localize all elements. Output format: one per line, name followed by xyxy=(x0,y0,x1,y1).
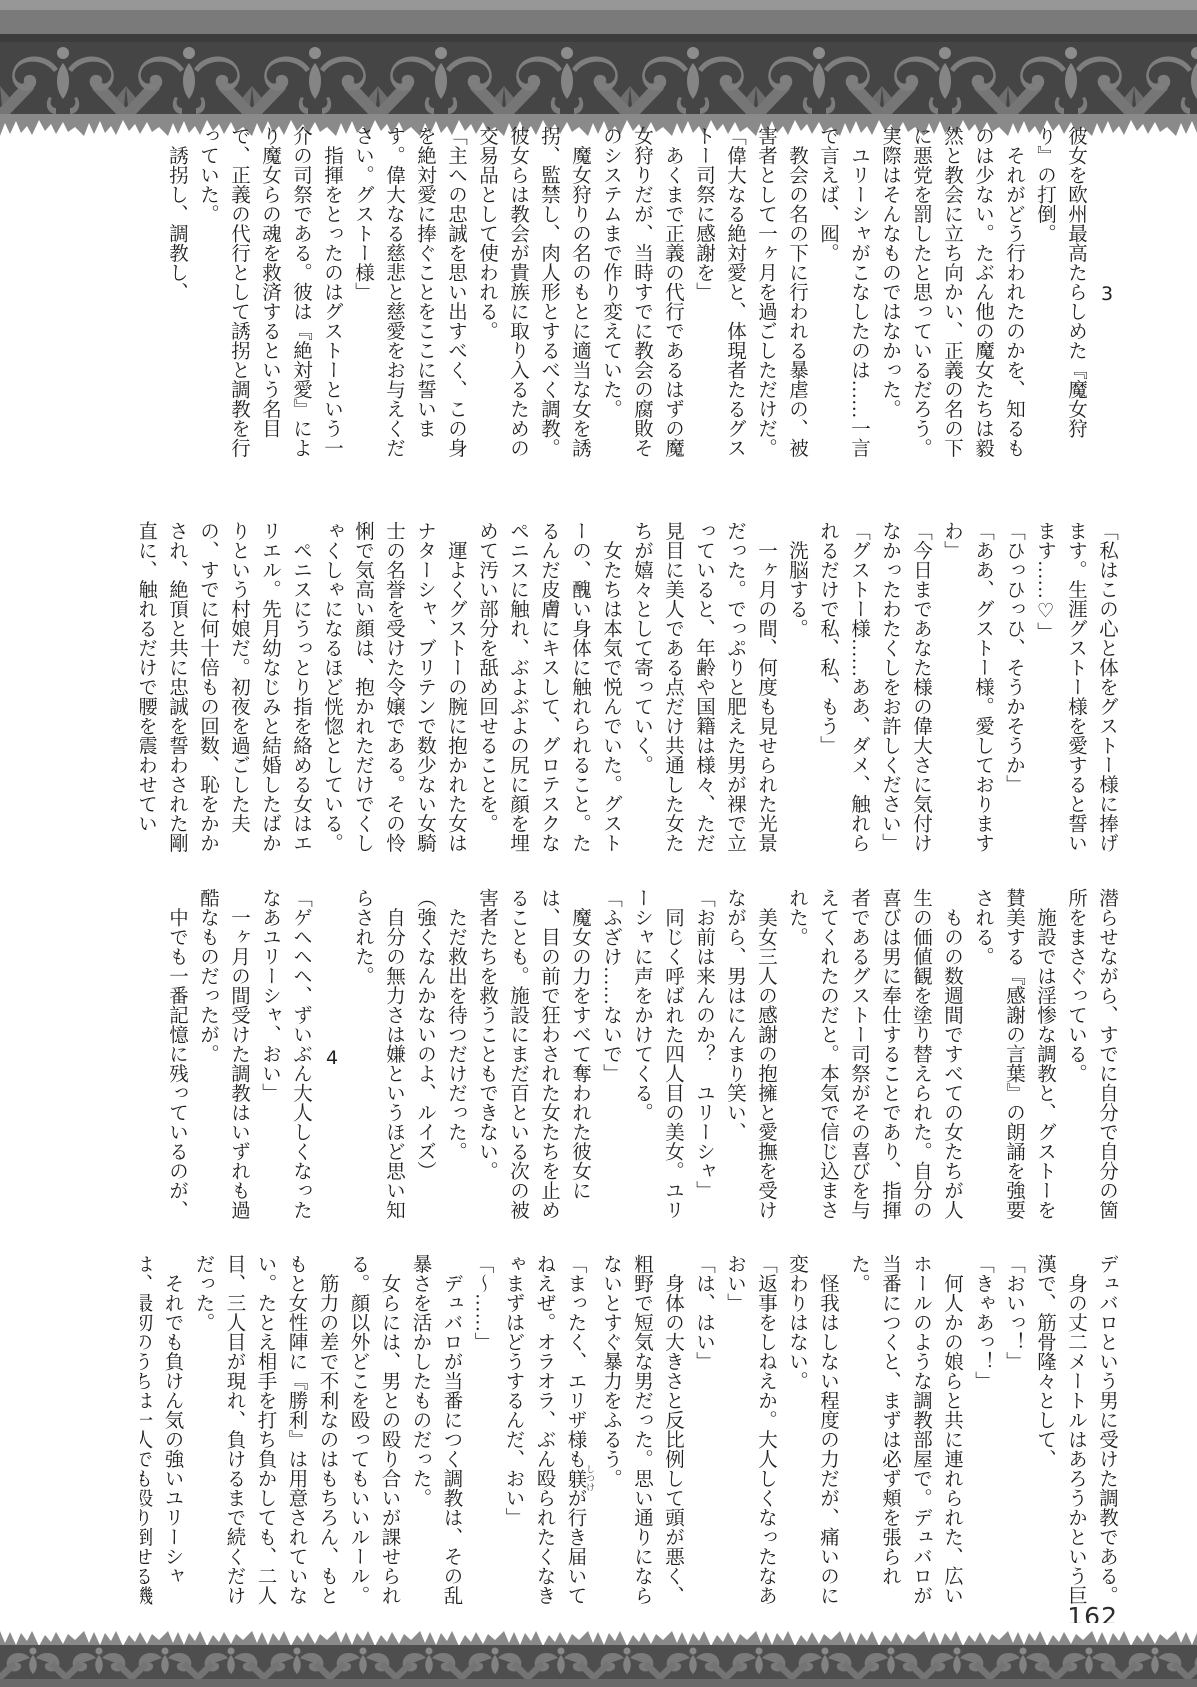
paragraph: 「ふざけ……ないで」 xyxy=(595,888,626,1228)
paragraph: 魔女狩りの名のもとに適当な女を誘拐、監禁し、肉人形とするべく調教。彼女らは教会が… xyxy=(471,126,595,462)
text-band-2: 「私はこの心と体をグストー様に捧げます。生涯グストー様を愛すると誓います……♡」… xyxy=(140,521,1122,859)
paragraph: 中でも一番記憶に残っているのが、 xyxy=(161,888,192,1228)
text-band-1: 3彼女を欧州最高たらしめた『魔女狩り』の打倒。 それがどう行われたのかを、知るも… xyxy=(140,126,1122,462)
paragraph: 運よくグストーの腕に抱かれた女はナターシャ、ブリテンで数少ない女騎士の名誉を受け… xyxy=(316,521,471,859)
paragraph: 「おいっ！」 xyxy=(998,1254,1029,1608)
paragraph: デュバロが当番につく調教は、その乱暴さを活かしたものだった。 xyxy=(405,1254,467,1608)
paragraph: 潜らせながら、すでに自分で自分の箇所をまさぐっている。 xyxy=(1060,888,1122,1228)
text-band-3: 潜らせながら、すでに自分で自分の箇所をまさぐっている。 施設では淫惨な調教と、グ… xyxy=(140,888,1122,1228)
paragraph: 女らには、男との殴り合いが課せられる。顔以外どこを殴ってもいいルール。 xyxy=(343,1254,405,1608)
paragraph: あくまで正義の代行であるはずの魔女狩りだが、当時すでに教会の腐敗そのシステムまで… xyxy=(595,126,688,462)
bottom-ornament-border xyxy=(0,1623,1197,1687)
paragraph: 彼女を欧州最高たらしめた『魔女狩り』の打倒。 xyxy=(1029,126,1091,462)
paragraph: 「まったく、エリザ様も躾しつけが行き届いてねえぜ。オラオラ、ぶん殴られたくなきゃ… xyxy=(498,1254,596,1608)
paragraph: ただ救出を待つだけだった。 xyxy=(440,888,471,1228)
paragraph: 魔女の力をすべて奪われた彼女には、目の前で狂わされた女たちを止めることも。施設に… xyxy=(471,888,595,1228)
book-page: { "page": { "number": "162", "language":… xyxy=(0,0,1197,1687)
paragraph: デュバロという男に受けた調教である。 xyxy=(1091,1254,1122,1608)
paragraph: 「お前は来んのか？ ユリーシャ」 xyxy=(688,888,719,1228)
paragraph: 同じく呼ばれた四人目の美女。ユリーシャに声をかけてくる。 xyxy=(626,888,688,1228)
paragraph: 筋力の差で不利なのはもちろん、もともと女性陣に『勝利』は用意されていない。たとえ… xyxy=(188,1254,343,1608)
paragraph: 「偉大なる絶対愛と、体現者たるグストー司祭に感謝を」 xyxy=(688,126,750,462)
paragraph: それがどう行われたのかを、知るものは少ない。たぶん他の魔女たちは毅然と教会に立ち… xyxy=(874,126,1029,462)
paragraph: 「〜……」 xyxy=(467,1254,498,1608)
paragraph: 「グストー様……ああ、ダメ、触れられるだけで私、私、もう」 xyxy=(812,521,874,859)
paragraph: 「今日まであなた様の偉大さに気付けなかったわたくしをお許しください」 xyxy=(874,521,936,859)
paragraph: （強くなんかないのよ、ルイズ） xyxy=(409,888,440,1228)
paragraph: 「主への忠誠を思い出すべく、この身を絶対愛に捧ぐことをここに誓います。偉大なる慈… xyxy=(347,126,471,462)
paragraph: ユリーシャがこなしたのは……一言で言えば、囮。 xyxy=(812,126,874,462)
paragraph: 指揮をとったのはグストーという一介の司祭である。彼は『絶対愛』により魔女らの魂を… xyxy=(192,126,347,462)
paragraph: 「ああ、グストー様。愛しておりますわ」 xyxy=(936,521,998,859)
paragraph: 自分の無力さは嫌というほど思い知らされた。 xyxy=(347,888,409,1228)
paragraph: それでも負けん気の強いユリーシャは、最初のうちは一人でも殴り倒せる機会があるなら… xyxy=(140,1254,188,1608)
paragraph: 洗脳する。 xyxy=(781,521,812,859)
paragraph: 「は、はい」 xyxy=(688,1254,719,1608)
paragraph: 身の丈二メートルはあろうかという巨漢で、筋骨隆々として、 xyxy=(1029,1254,1091,1608)
text-band-4: デュバロという男に受けた調教である。 身の丈二メートルはあろうかという巨漢で、筋… xyxy=(140,1254,1122,1608)
paragraph: 「返事をしねえか。大人しくなったなあおい」 xyxy=(719,1254,781,1608)
paragraph: 美女三人の感謝の抱擁と愛撫を受けながら、男はにんまり笑い、 xyxy=(719,888,781,1228)
paragraph: ものの数週間ですべての女たちが人生の価値観を塗り替えられた。自分の喜びは男に奉仕… xyxy=(781,888,967,1228)
paragraph: 施設では淫惨な調教と、グストーを賛美する『感謝の言葉』の朗誦を強要される。 xyxy=(967,888,1060,1228)
paragraph: 「ひっひっひ、そうかそうか」 xyxy=(998,521,1029,859)
paragraph: 「ゲヘヘヘ、ずいぶん大人しくなったなあユリーシャ、おい」 xyxy=(254,888,316,1228)
paragraph: 一ヶ月の間、何度も見せられた光景だった。でっぷりと肥えた男が裸で立っていると、年… xyxy=(626,521,781,859)
paragraph: 「きゃあっ！」 xyxy=(967,1254,998,1608)
paragraph: 怪我はしない程度の力だが、痛いのに変わりはない。 xyxy=(781,1254,843,1608)
paragraph: 誘拐し、調教し、 xyxy=(161,126,192,462)
paragraph: 「私はこの心と体をグストー様に捧げます。生涯グストー様を愛すると誓います……♡」 xyxy=(1029,521,1122,859)
paragraph: 何人かの娘らと共に連れられた、広いホールのような調教部屋で。デュバロが当番につく… xyxy=(843,1254,967,1608)
paragraph: 女たちは本気で悦んでいた。グストーの、醜い身体に触れられること。たるんだ皮膚にキ… xyxy=(471,521,626,859)
section-number-4: 4 xyxy=(316,888,347,1228)
section-number-3: 3 xyxy=(1091,126,1122,462)
paragraph: 一ヶ月の間受けた調教はいずれも過酷なものだったが。 xyxy=(192,888,254,1228)
paragraph: 教会の名の下に行われる暴虐の、被害者として一ヶ月を過ごしただけだ。 xyxy=(750,126,812,462)
paragraph: 身体の大きさと反比例して頭が悪く、粗野で短気な男だった。思い通りにならないとすぐ… xyxy=(595,1254,688,1608)
paragraph: ペニスにうっとり指を絡める女はエリエル。先月幼なじみと結婚したばかりという村娘だ… xyxy=(140,521,316,859)
